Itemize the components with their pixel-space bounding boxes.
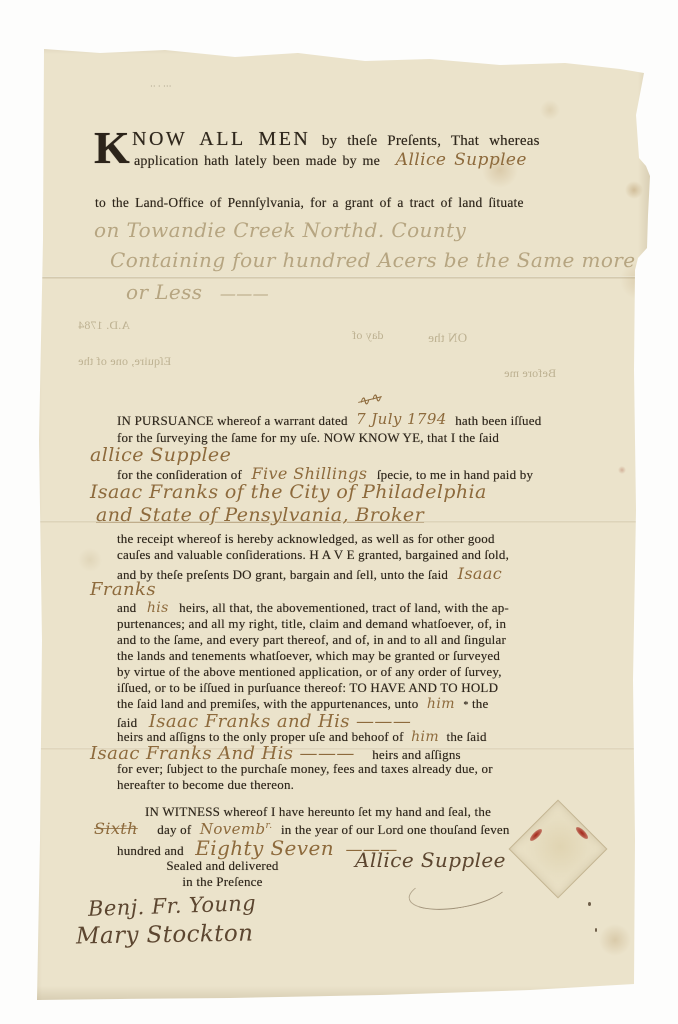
seal-remnant <box>509 800 608 899</box>
his-handwritten: his <box>147 600 169 616</box>
showthrough-day-of: day of <box>352 328 384 343</box>
grantee-first-handwritten: Isaac <box>458 564 503 583</box>
opening-line-1-large: NOW ALL MEN <box>132 128 310 150</box>
pursuance-line-3b: ſpecie, to me in hand paid by <box>377 467 533 482</box>
grantee-last-handwritten: Franks <box>90 579 156 600</box>
location-line-3: or Less ——— <box>126 280 269 304</box>
grantor-name-handwritten: allice Supplee <box>90 444 231 466</box>
year-words-handwritten: Eighty Seven <box>195 836 334 860</box>
habendum-line-1: and his heirs, all that, the abovementio… <box>117 600 509 616</box>
opening-line-1: NOW ALL MEN by theſe Preſents, That wher… <box>132 128 540 151</box>
showthrough-esquire: Eſquire, one of the <box>78 354 171 369</box>
applicant-name-handwritten: Allice Supplee <box>396 150 527 170</box>
habendum-line-9a: heirs and aſſigns to the only proper uſe… <box>117 729 404 744</box>
showthrough-before-me: Before me <box>504 366 556 381</box>
opening-line-1-rest: by theſe Preſents, That whereas <box>322 133 540 149</box>
habendum-line-7a: the ſaid land and premiſes, with the app… <box>117 696 418 711</box>
pencil-marks: ·· · ··· <box>150 82 172 91</box>
location-dash: ——— <box>220 284 269 303</box>
ink-dot-1 <box>588 902 591 906</box>
location-line-1: on Towandie Creek Northd. County <box>94 218 466 242</box>
pursuance-line-1a: IN PURSUANCE whereof a warrant dated <box>117 413 348 428</box>
payer-line-2-handwritten: and State of Pensylvania, Broker <box>96 504 424 526</box>
witness-clause-line-2b: in the year of our Lord one thouſand ſev… <box>281 822 510 837</box>
habendum-line-7b: the <box>472 696 488 711</box>
habendum-line-1b: heirs, all that, the abovementioned, tra… <box>179 600 509 615</box>
habendum-line-11: for ever; ſubject to the purchaſe money,… <box>117 761 493 777</box>
witness-signature-2: Mary Stockton <box>76 920 254 949</box>
location-line-3-text: or Less <box>126 280 202 304</box>
grant-line-3: and by theſe preſents DO grant, bargain … <box>117 564 502 583</box>
witness-clause-line-2a: day of <box>157 822 191 837</box>
habendum-line-9b: the ſaid <box>447 729 487 744</box>
pursuance-line-1: IN PURSUANCE whereof a warrant dated 7 J… <box>117 411 541 429</box>
signature-allice-supplee: Allice Supplee <box>355 848 506 872</box>
attestation-line-2: in the Preſence <box>182 874 262 889</box>
opening-line-2-text: application hath lately been made by me <box>134 154 380 169</box>
habendum-line-7: the ſaid land and premiſes, with the app… <box>117 696 488 712</box>
grant-line-3-text: and by theſe preſents DO grant, bargain … <box>117 567 448 582</box>
opening-line-2: application hath lately been made by me … <box>134 150 527 170</box>
warrant-date-handwritten: 7 July 1794 <box>356 410 447 428</box>
witness-signature-1: Benj. Fr. Young <box>88 891 257 921</box>
habendum-line-3: and to the ſame, and every part thereof,… <box>117 632 506 648</box>
showthrough-on-the: ON the <box>428 330 467 346</box>
habendum-line-12: hereafter to become due thereon. <box>117 777 294 793</box>
location-line-2: Containing four hundred Acers be the Sam… <box>110 248 636 272</box>
payer-line-1-handwritten: Isaac Franks of the City of Philadelphia <box>90 481 487 503</box>
crossed-out-scribble: ∿∿ <box>356 389 383 410</box>
scanned-deed-page: ·· · ··· K NOW ALL MEN by theſe Preſents… <box>0 0 678 1024</box>
showthrough-ad-year: A.D. 1784 <box>78 318 130 333</box>
habendum-line-8a: ſaid <box>117 715 137 730</box>
insertion-mark: * <box>463 700 468 711</box>
witness-clause-line-1: IN WITNESS whereof I have hereunto ſet m… <box>145 804 491 820</box>
grant-line-2: cauſes and valuable conſiderations. H A … <box>117 547 509 563</box>
habendum-line-10b: heirs and aſſigns <box>372 747 461 762</box>
pursuance-line-1b: hath been iſſued <box>455 413 541 428</box>
pursuance-line-3a: for the conſideration of <box>117 467 242 482</box>
attestation-line-1: Sealed and delivered <box>166 858 278 873</box>
fold-crease-top <box>30 276 652 279</box>
habendum-line-2: purtenances; and all my right, title, cl… <box>117 616 506 632</box>
deed-paper: ·· · ··· K NOW ALL MEN by theſe Preſents… <box>30 40 652 1002</box>
dropcap-K: K <box>94 128 130 168</box>
land-office-line: to the Land-Office of Pennſylvania, for … <box>95 195 524 211</box>
month-superscript: r. <box>266 821 273 831</box>
habendum-line-1a: and <box>117 600 136 615</box>
witness-clause-line-3a: hundred and <box>117 843 184 858</box>
habendum-line-5: by virtue of the above mentioned applica… <box>117 664 502 680</box>
ink-dot-2 <box>595 928 597 932</box>
habendum-line-6: iſſued, or to be iſſued in purſuance the… <box>117 680 498 696</box>
attestation: Sealed and delivered in the Preſence <box>155 858 290 890</box>
habendum-line-4: the lands and tenements whatſoever, whic… <box>117 648 500 664</box>
grant-line-1: the receipt whereof is hereby acknowledg… <box>117 531 495 547</box>
him-handwritten-1: him <box>427 696 455 712</box>
